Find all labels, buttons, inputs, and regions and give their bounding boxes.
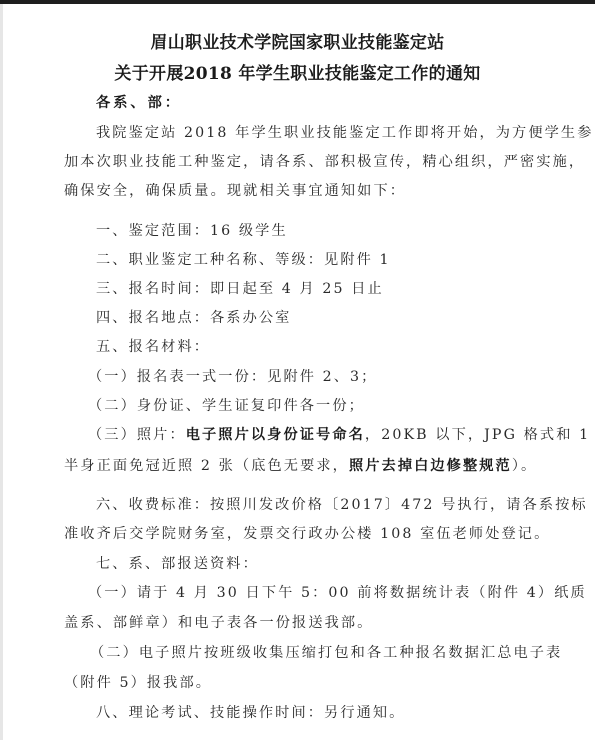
submission-1-line-1: （一）请于 4 月 30 日下午 5：00 前将数据统计表（附件 4）纸质（加 [88,584,595,602]
submission-2-line-1: （二）电子照片按班级收集压缩打包和各工种报名数据汇总电子表 [90,644,562,662]
material-3-suffix: ，20KB 以下，JPG 格式和 1 寸 [365,427,595,443]
fees-line-2: 准收齐后交学院财务室，发票交行政办公楼 108 室伍老师处登记。 [64,525,550,543]
intro-line-3: 确保安全，确保质量。现就相关事宜通知如下： [64,182,406,200]
fees-line-1: 六、收费标准：按照川发改价格〔2017〕472 号执行，请各系按标 [96,496,588,514]
submission-heading: 七、系、部报送资料： [96,555,259,573]
title-line-2: 关于开展2018 年学生职业技能鉴定工作的通知 [0,59,595,84]
material-3-line-2-prefix: 半身正面免冠近照 2 张（底色无要求， [64,458,349,474]
item-registration-time: 三、报名时间：即日起至 4 月 25 日止 [96,280,384,298]
material-3-line-2: 半身正面免冠近照 2 张（底色无要求，照片去掉白边修整规范）。 [64,457,537,475]
item-scope: 一、鉴定范围：16 级学生 [96,222,288,240]
salutation: 各系、部： [96,94,182,112]
intro-line-1: 我院鉴定站 2018 年学生职业技能鉴定工作即将开始，为方便学生参 [96,124,594,142]
material-3-line-1: （三）照片：电子照片以身份证号命名，20KB 以下，JPG 格式和 1 寸 [88,426,595,444]
item-registration-place: 四、报名地点：各系办公室 [96,309,291,327]
item-trade-level: 二、职业鉴定工种名称、等级：见附件 1 [96,251,391,269]
item-materials-heading: 五、报名材料： [96,338,210,356]
submission-1-line-2: 盖系、部鲜章）和电子表各一份报送我部。 [64,614,373,632]
material-3-line-2-bold: 照片去掉白边修整规范 [349,458,512,474]
material-1: （一）报名表一式一份：见附件 2、3； [88,368,377,386]
title-line-1: 眉山职业技术学院国家职业技能鉴定站 [0,28,595,53]
material-2: （二）身份证、学生证复印件各一份； [88,397,365,415]
material-3-line-2-suffix: ）。 [512,458,537,474]
intro-line-2: 加本次职业技能工种鉴定，请各系、部积极宣传，精心组织，严密实施， [64,153,585,171]
exam-time: 八、理论考试、技能操作时间：另行通知。 [96,704,405,722]
material-3-prefix: （三）照片： [88,427,186,443]
material-3-bold: 电子照片以身份证号命名 [186,427,365,443]
submission-2-line-2: （附件 5）报我部。 [64,674,212,692]
